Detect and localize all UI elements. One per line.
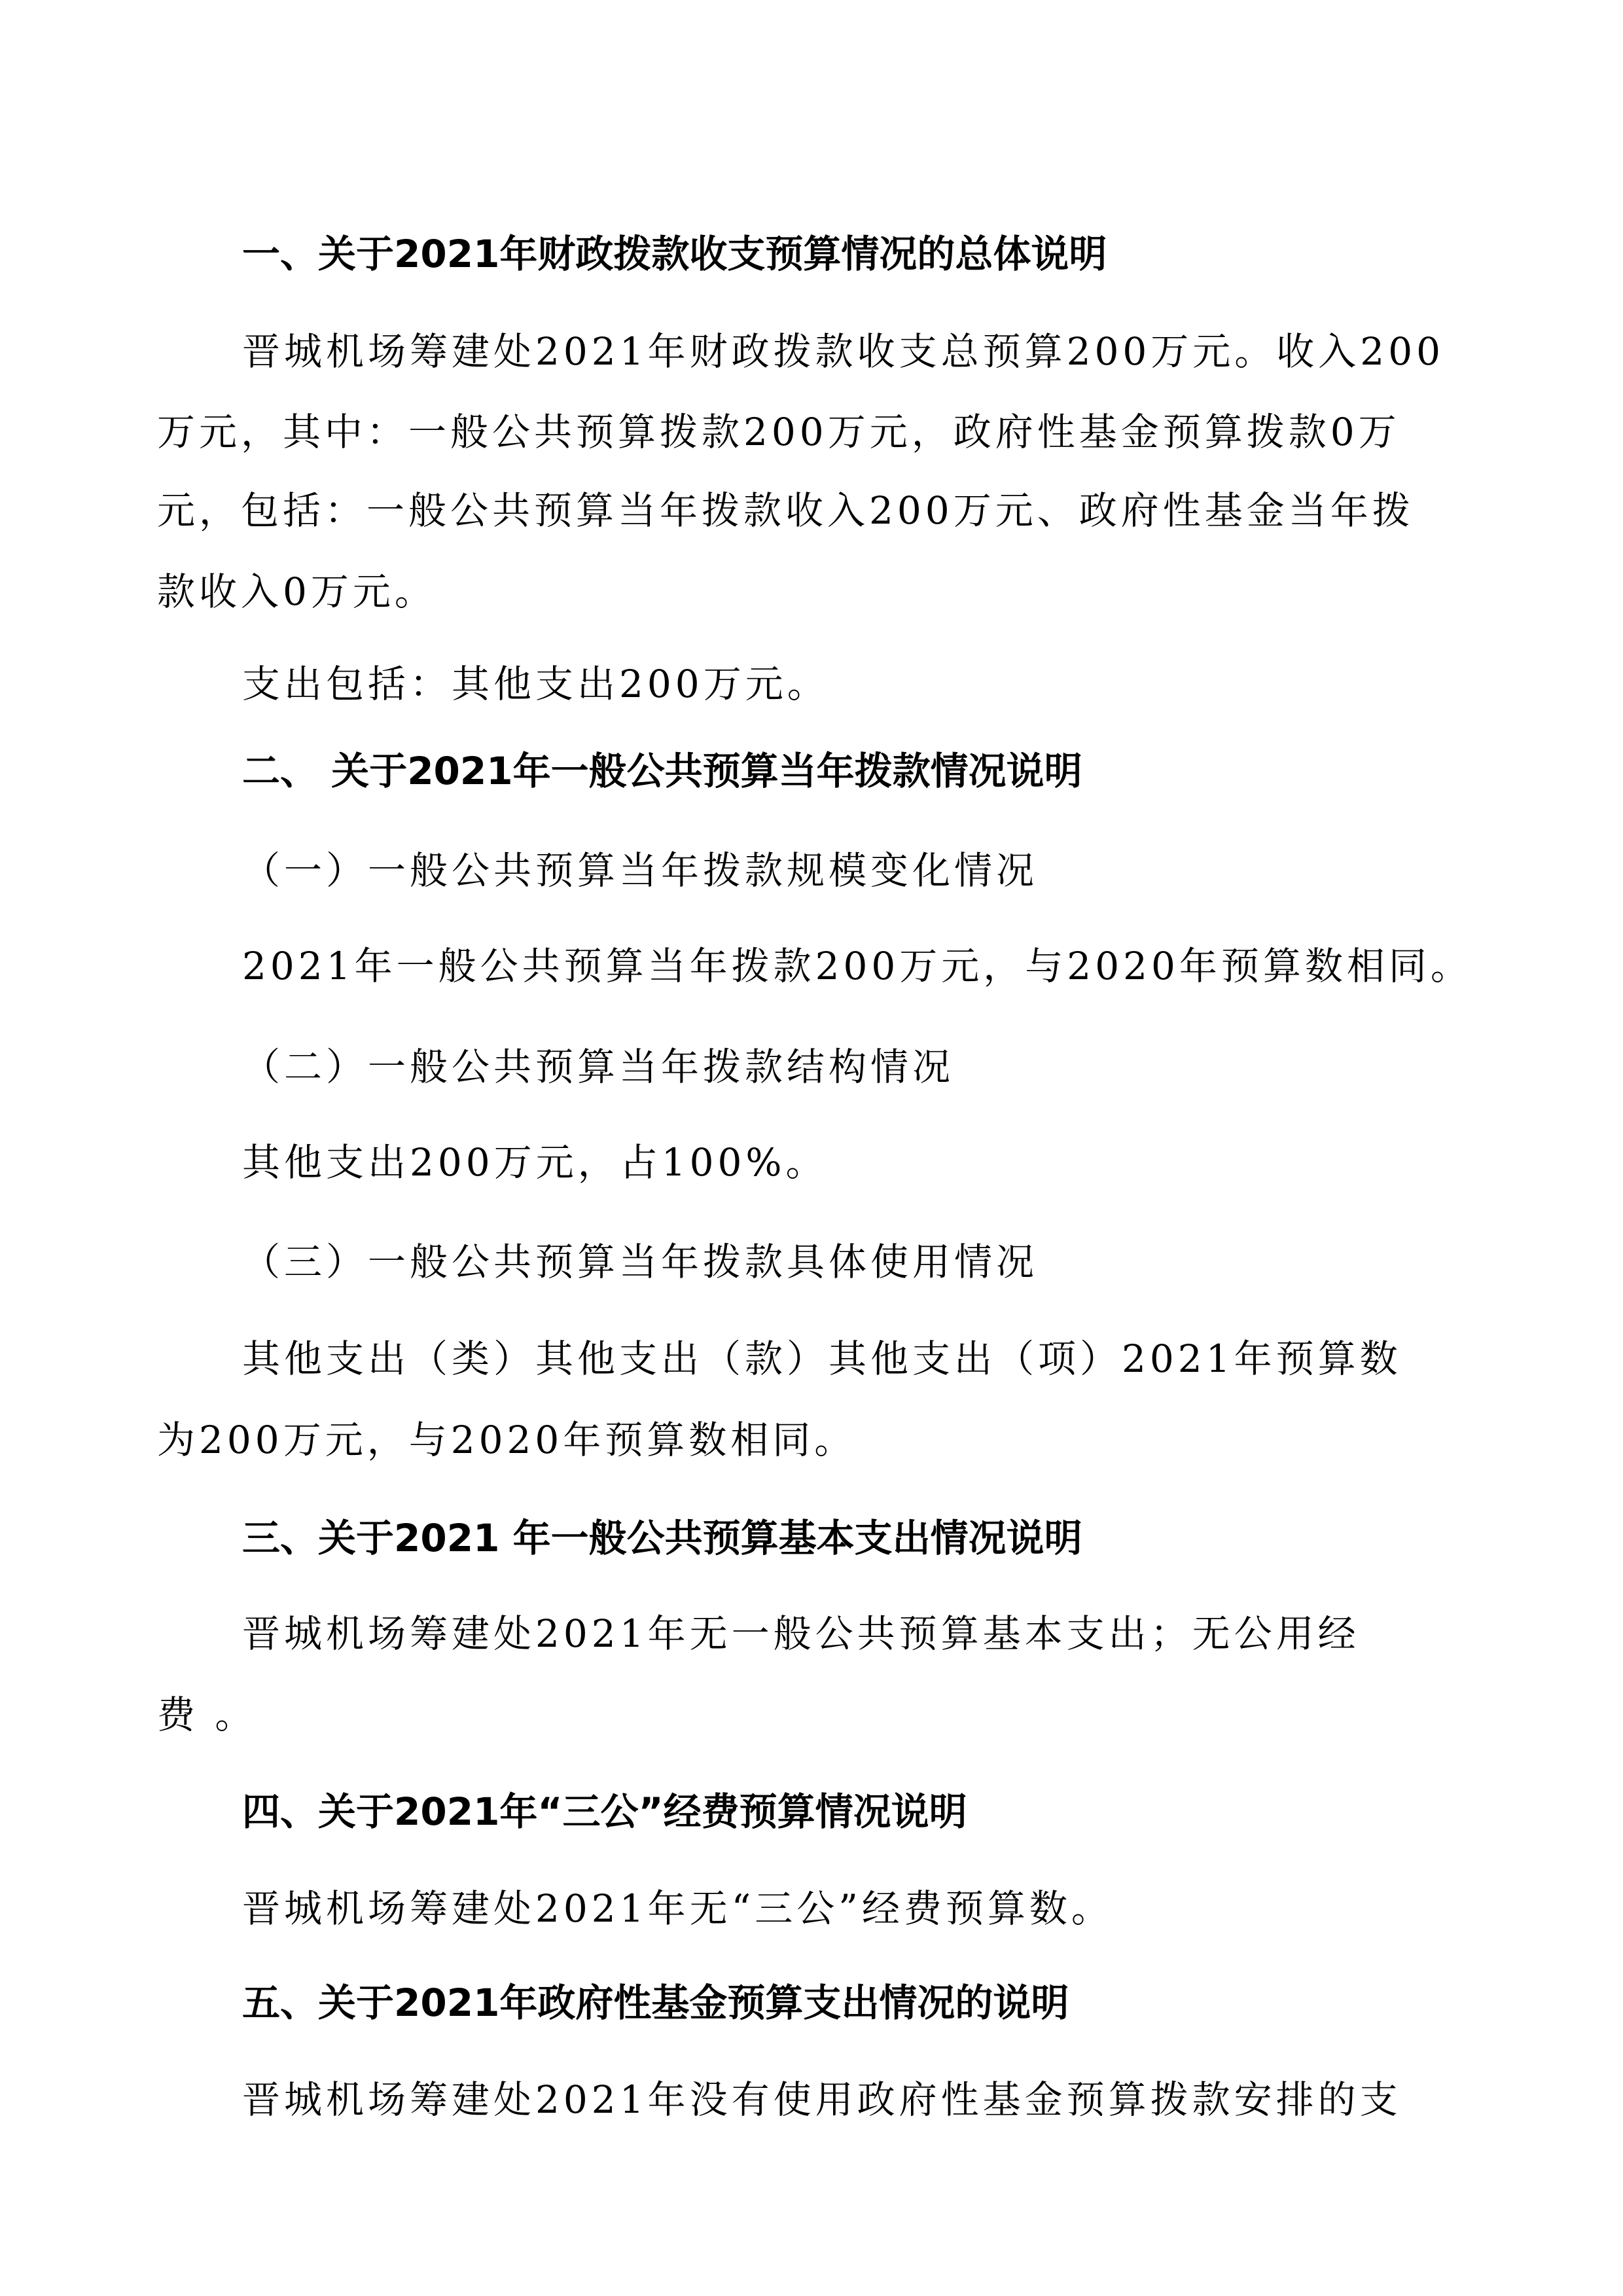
subheading: （一）一般公共预算当年拨款规模变化情况	[242, 844, 1038, 897]
paragraph-line: 为200万元，与2020年预算数相同。	[157, 1414, 856, 1466]
section-5-heading: 五、关于2021年政府性基金预算支出情况的说明	[242, 1977, 1069, 2029]
section-2-heading: 二、 关于2021年一般公共预算当年拨款情况说明	[242, 745, 1082, 797]
section-1-heading: 一、关于2021年财政拨款收支预算情况的总体说明	[242, 228, 1107, 280]
subheading: （三）一般公共预算当年拨款具体使用情况	[242, 1236, 1038, 1288]
paragraph-line: 万元，其中：一般公共预算拨款200万元，政府性基金预算拨款0万	[157, 406, 1400, 458]
subheading: （二）一般公共预算当年拨款结构情况	[242, 1041, 954, 1093]
paragraph-line: 支出包括：其他支出200万元。	[242, 658, 829, 710]
paragraph-line: 晋城机场筹建处2021年无“三公”经费预算数。	[242, 1882, 1113, 1935]
paragraph-line: 费 。	[157, 1689, 257, 1741]
paragraph-line: 其他支出（类）其他支出（款）其他支出（项）2021年预算数	[242, 1333, 1402, 1385]
section-4-heading: 四、关于2021年“三公”经费预算情况说明	[242, 1785, 967, 1838]
paragraph-line: 元，包括：一般公共预算当年拨款收入200万元、政府性基金当年拨	[157, 484, 1414, 537]
paragraph-line: 晋城机场筹建处2021年没有使用政府性基金预算拨款安排的支	[242, 2073, 1402, 2126]
paragraph-line: 款收入0万元。	[157, 565, 437, 618]
paragraph-line: 晋城机场筹建处2021年无一般公共预算基本支出；无公用经	[242, 1607, 1360, 1660]
section-3-heading: 三、关于2021 年一般公共预算基本支出情况说明	[242, 1512, 1082, 1564]
paragraph-line: 晋城机场筹建处2021年财政拨款收支总预算200万元。收入200	[242, 325, 1444, 378]
paragraph-line: 2021年一般公共预算当年拨款200万元，与2020年预算数相同。	[242, 940, 1472, 992]
paragraph-line: 其他支出200万元，占100%。	[242, 1136, 828, 1189]
